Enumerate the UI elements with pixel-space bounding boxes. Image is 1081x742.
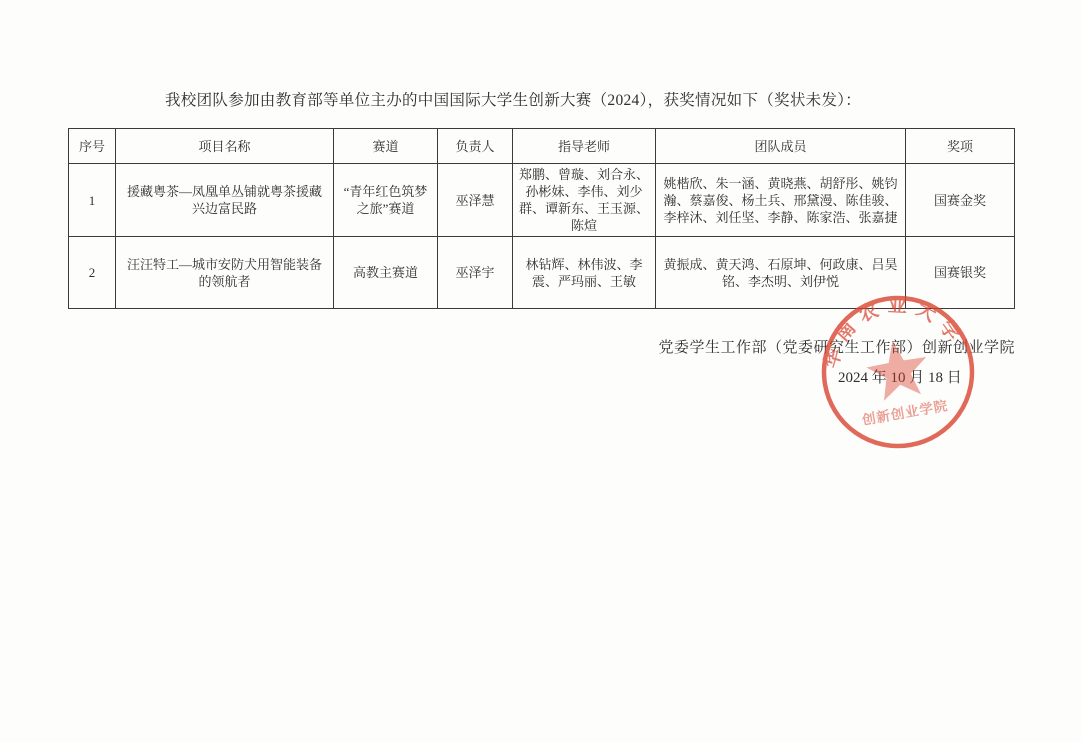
- col-header-advisors: 指导老师: [513, 129, 656, 164]
- col-header-track: 赛道: [334, 129, 438, 164]
- table-row: 1 援藏粤茶—凤凰单丛铺就粤茶援藏兴边富民路 “青年红色筑梦之旅”赛道 巫泽慧 …: [69, 164, 1015, 237]
- cell-leader: 巫泽宇: [438, 237, 513, 309]
- document-page: 我校团队参加由教育部等单位主办的中国国际大学生创新大赛（2024），获奖情况如下…: [0, 0, 1081, 742]
- seal-bottom-text: 创新创业学院: [860, 397, 949, 428]
- cell-award: 国赛银奖: [906, 237, 1015, 309]
- document-title: 我校团队参加由教育部等单位主办的中国国际大学生创新大赛（2024），获奖情况如下…: [165, 88, 861, 110]
- col-header-members: 团队成员: [656, 129, 906, 164]
- cell-members: 姚楷欣、朱一涵、黄晓燕、胡舒彤、姚钧瀚、蔡嘉俊、杨土兵、邢黛漫、陈佳骏、李梓沐、…: [656, 164, 906, 237]
- col-header-project: 项目名称: [116, 129, 334, 164]
- cell-leader: 巫泽慧: [438, 164, 513, 237]
- awards-table: 序号 项目名称 赛道 负责人 指导老师 团队成员 奖项 1 援藏粤茶—凤凰单丛铺…: [68, 128, 1015, 309]
- cell-no: 1: [69, 164, 116, 237]
- cell-no: 2: [69, 237, 116, 309]
- issue-date: 2024 年 10 月 18 日: [838, 366, 962, 387]
- col-header-leader: 负责人: [438, 129, 513, 164]
- col-header-no: 序号: [69, 129, 116, 164]
- cell-project: 汪汪特工—城市安防犬用智能装备的领航者: [116, 237, 334, 309]
- table-row: 2 汪汪特工—城市安防犬用智能装备的领航者 高教主赛道 巫泽宇 林钻辉、林伟波、…: [69, 237, 1015, 309]
- table-header-row: 序号 项目名称 赛道 负责人 指导老师 团队成员 奖项: [69, 129, 1015, 164]
- cell-members: 黄振成、黄天鸿、石原坤、何政康、吕昊铭、李杰明、刘伊悦: [656, 237, 906, 309]
- cell-advisors: 林钻辉、林伟波、李震、严玛丽、王敏: [513, 237, 656, 309]
- cell-track: 高教主赛道: [334, 237, 438, 309]
- cell-project: 援藏粤茶—凤凰单丛铺就粤茶援藏兴边富民路: [116, 164, 334, 237]
- col-header-award: 奖项: [906, 129, 1015, 164]
- issuing-department: 党委学生工作部（党委研究生工作部）创新创业学院: [658, 336, 1015, 357]
- cell-advisors: 郑鹏、曾璇、刘合永、孙彬妹、李伟、刘少群、谭新东、王玉源、陈煊: [513, 164, 656, 237]
- cell-track: “青年红色筑梦之旅”赛道: [334, 164, 438, 237]
- cell-award: 国赛金奖: [906, 164, 1015, 237]
